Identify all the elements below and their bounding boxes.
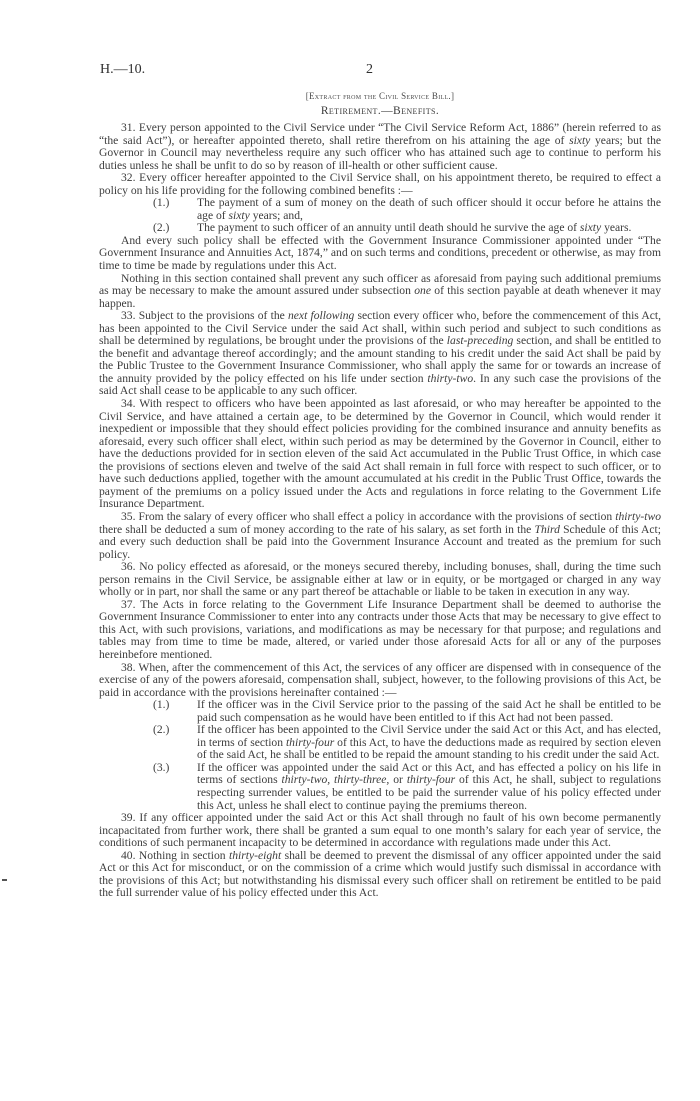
section-40: 40. Nothing in section thirty-eight shal…: [99, 850, 661, 900]
italic-text: sixty: [229, 209, 250, 222]
document-id: H.—10.: [100, 62, 145, 78]
section-text: there shall be deducted a sum of money a…: [99, 523, 535, 536]
italic-text: Third: [535, 523, 560, 536]
item-number: (1.): [175, 699, 197, 712]
italic-text: thirty-eight: [229, 849, 281, 862]
italic-text: last-preceding: [447, 334, 514, 347]
section-32: 32. Every officer hereafter appointed to…: [99, 172, 661, 197]
section-heading: Retirement.—Benefits.: [100, 105, 660, 117]
extract-title: [Extract from the Civil Service Bill.]: [100, 91, 660, 101]
document-body: 31. Every person appointed to the Civil …: [99, 122, 661, 900]
section-37: 37. The Acts in force relating to the Go…: [99, 599, 661, 662]
item-number: (1.): [175, 197, 197, 210]
page-number: 2: [366, 62, 373, 78]
section-text: 33. Subject to the provisions of the: [121, 309, 288, 322]
section-35: 35. From the salary of every officer who…: [99, 511, 661, 561]
italic-text: thirty-four: [407, 773, 455, 786]
italic-text: thirty-two: [427, 372, 473, 385]
item-text: If the officer was in the Civil Service …: [197, 698, 661, 724]
section-32-paragraph-2: And every such policy shall be effected …: [99, 235, 661, 273]
section-34: 34. With respect to officers who have be…: [99, 398, 661, 511]
italic-text: sixty: [580, 221, 601, 234]
item-number: (3.): [175, 762, 197, 775]
section-32-item-1: (1.)The payment of a sum of money on the…: [175, 197, 661, 222]
section-38: 38. When, after the commencement of this…: [99, 662, 661, 700]
italic-text: sixty: [569, 134, 590, 147]
section-38-item-3: (3.)If the officer was appointed under t…: [175, 762, 661, 812]
section-text: 35. From the salary of every officer who…: [121, 510, 615, 523]
section-33: 33. Subject to the provisions of the nex…: [99, 310, 661, 398]
section-38-item-2: (2.)If the officer has been appointed to…: [175, 724, 661, 762]
section-31: 31. Every person appointed to the Civil …: [99, 122, 661, 172]
italic-text: thirty-two: [615, 510, 661, 523]
italic-text: one: [414, 284, 431, 297]
italic-text: thirty-two, thirty-three,: [282, 773, 390, 786]
section-32-paragraph-3: Nothing in this section contained shall …: [99, 273, 661, 311]
section-39: 39. If any officer appointed under the s…: [99, 812, 661, 850]
italic-text: thirty-four: [286, 736, 334, 749]
page-header: H.—10. 2: [100, 62, 660, 80]
italic-text: next following: [288, 309, 354, 322]
item-text: or: [389, 773, 407, 786]
section-38-item-1: (1.)If the officer was in the Civil Serv…: [175, 699, 661, 724]
item-text: The payment to such officer of an annuit…: [197, 221, 580, 234]
item-text-end: years.: [601, 221, 631, 234]
item-text-end: years; and,: [250, 209, 303, 222]
section-text: 40. Nothing in section: [121, 849, 229, 862]
section-36: 36. No policy effected as aforesaid, or …: [99, 561, 661, 599]
item-number: (2.): [175, 724, 197, 737]
margin-mark: [2, 879, 7, 881]
